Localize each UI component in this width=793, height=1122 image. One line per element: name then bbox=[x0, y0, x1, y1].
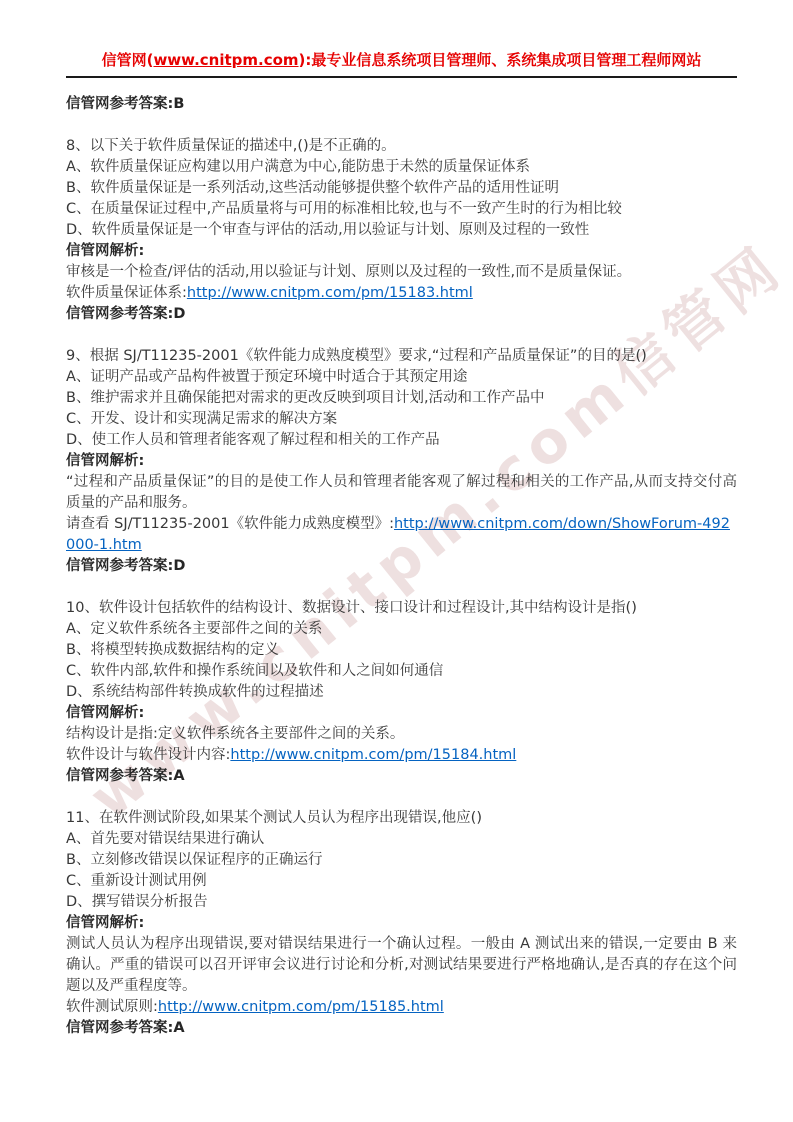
analysis-label: 信管网解析: bbox=[66, 451, 737, 472]
option-b: B、软件质量保证是一系列活动,这些活动能够提供整个软件产品的适用性证明 bbox=[66, 178, 737, 199]
answer-line: 信管网参考答案:D bbox=[66, 556, 737, 577]
answer-value: A bbox=[173, 768, 184, 784]
top-answer-line: 信管网参考答案:B bbox=[66, 94, 737, 115]
option-d: D、撰写错误分析报告 bbox=[66, 892, 737, 913]
analysis-text: 测试人员认为程序出现错误,要对错误结果进行一个确认过程。一般由 A 测试出来的错… bbox=[66, 934, 737, 997]
answer-value: D bbox=[173, 306, 185, 322]
option-a: A、首先要对错误结果进行确认 bbox=[66, 829, 737, 850]
reference-prefix: 软件测试原则: bbox=[66, 999, 158, 1015]
option-b: B、维护需求并且确保能把对需求的更改反映到项目计划,活动和工作产品中 bbox=[66, 388, 737, 409]
header-rule bbox=[66, 76, 737, 78]
document-page: www.cnitpm.com信管网 信管网(www.cnitpm.com):最专… bbox=[0, 0, 793, 1122]
option-c: C、开发、设计和实现满足需求的解决方案 bbox=[66, 409, 737, 430]
analysis-text: 审核是一个检查/评估的活动,用以验证与计划、原则以及过程的一致性,而不是质量保证… bbox=[66, 262, 737, 283]
answer-line: 信管网参考答案:D bbox=[66, 304, 737, 325]
document-content: 信管网(www.cnitpm.com):最专业信息系统项目管理师、系统集成项目管… bbox=[0, 0, 793, 1039]
option-a: A、定义软件系统各主要部件之间的关系 bbox=[66, 619, 737, 640]
analysis-label: 信管网解析: bbox=[66, 913, 737, 934]
option-a: A、证明产品或产品构件被置于预定环境中时适合于其预定用途 bbox=[66, 367, 737, 388]
site-header-url-link[interactable]: www.cnitpm.com bbox=[153, 51, 298, 69]
question-block-11: 11、在软件测试阶段,如果某个测试人员认为程序出现错误,他应() A、首先要对错… bbox=[66, 808, 737, 1039]
question-text: 8、以下关于软件质量保证的描述中,()是不正确的。 bbox=[66, 136, 737, 157]
answer-value: D bbox=[173, 558, 185, 574]
answer-label: 信管网参考答案: bbox=[66, 1020, 173, 1036]
question-text: 11、在软件测试阶段,如果某个测试人员认为程序出现错误,他应() bbox=[66, 808, 737, 829]
reference-link[interactable]: http://www.cnitpm.com/pm/15184.html bbox=[230, 747, 516, 763]
answer-label: 信管网参考答案: bbox=[66, 306, 173, 322]
option-c: C、重新设计测试用例 bbox=[66, 871, 737, 892]
option-d: D、使工作人员和管理者能客观了解过程和相关的工作产品 bbox=[66, 430, 737, 451]
answer-line: 信管网参考答案:A bbox=[66, 766, 737, 787]
reference-line: 软件质量保证体系:http://www.cnitpm.com/pm/15183.… bbox=[66, 283, 737, 304]
answer-label: 信管网参考答案: bbox=[66, 96, 173, 112]
site-header: 信管网(www.cnitpm.com):最专业信息系统项目管理师、系统集成项目管… bbox=[66, 50, 737, 71]
reference-prefix: 请查看 SJ/T11235-2001《软件能力成熟度模型》: bbox=[66, 516, 394, 532]
answer-label: 信管网参考答案: bbox=[66, 768, 173, 784]
question-text: 9、根据 SJ/T11235-2001《软件能力成熟度模型》要求,“过程和产品质… bbox=[66, 346, 737, 367]
analysis-text: “过程和产品质量保证”的目的是使工作人员和管理者能客观了解过程和相关的工作产品,… bbox=[66, 472, 737, 514]
question-block-10: 10、软件设计包括软件的结构设计、数据设计、接口设计和过程设计,其中结构设计是指… bbox=[66, 598, 737, 787]
question-block-9: 9、根据 SJ/T11235-2001《软件能力成熟度模型》要求,“过程和产品质… bbox=[66, 346, 737, 577]
option-b: B、将模型转换成数据结构的定义 bbox=[66, 640, 737, 661]
question-text: 10、软件设计包括软件的结构设计、数据设计、接口设计和过程设计,其中结构设计是指… bbox=[66, 598, 737, 619]
analysis-text: 结构设计是指:定义软件系统各主要部件之间的关系。 bbox=[66, 724, 737, 745]
option-c: C、在质量保证过程中,产品质量将与可用的标准相比较,也与不一致产生时的行为相比较 bbox=[66, 199, 737, 220]
answer-value: B bbox=[173, 96, 184, 112]
reference-line: 软件设计与软件设计内容:http://www.cnitpm.com/pm/151… bbox=[66, 745, 737, 766]
analysis-label: 信管网解析: bbox=[66, 703, 737, 724]
reference-prefix: 软件质量保证体系: bbox=[66, 285, 187, 301]
reference-prefix: 软件设计与软件设计内容: bbox=[66, 747, 230, 763]
answer-value: A bbox=[173, 1020, 184, 1036]
answer-line: 信管网参考答案:A bbox=[66, 1018, 737, 1039]
reference-link[interactable]: http://www.cnitpm.com/pm/15185.html bbox=[158, 999, 444, 1015]
site-header-prefix: 信管网( bbox=[102, 51, 154, 69]
site-header-suffix: ):最专业信息系统项目管理师、系统集成项目管理工程师网站 bbox=[299, 51, 702, 69]
reference-line: 软件测试原则:http://www.cnitpm.com/pm/15185.ht… bbox=[66, 997, 737, 1018]
option-a: A、软件质量保证应构建以用户满意为中心,能防患于未然的质量保证体系 bbox=[66, 157, 737, 178]
question-block-8: 8、以下关于软件质量保证的描述中,()是不正确的。 A、软件质量保证应构建以用户… bbox=[66, 136, 737, 325]
option-b: B、立刻修改错误以保证程序的正确运行 bbox=[66, 850, 737, 871]
option-d: D、软件质量保证是一个审查与评估的活动,用以验证与计划、原则及过程的一致性 bbox=[66, 220, 737, 241]
reference-link[interactable]: http://www.cnitpm.com/pm/15183.html bbox=[187, 285, 473, 301]
option-d: D、系统结构部件转换成软件的过程描述 bbox=[66, 682, 737, 703]
reference-line: 请查看 SJ/T11235-2001《软件能力成熟度模型》:http://www… bbox=[66, 514, 737, 556]
answer-label: 信管网参考答案: bbox=[66, 558, 173, 574]
analysis-label: 信管网解析: bbox=[66, 241, 737, 262]
option-c: C、软件内部,软件和操作系统间以及软件和人之间如何通信 bbox=[66, 661, 737, 682]
